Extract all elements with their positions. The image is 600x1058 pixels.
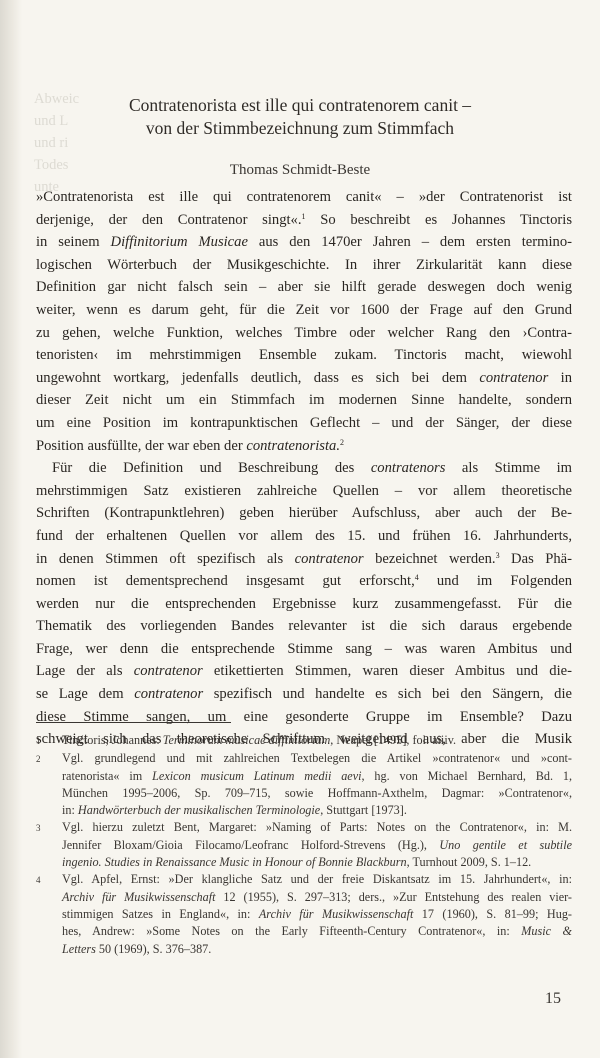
body-line: nomen ist dementsprechend insgesamt gut … (36, 570, 572, 593)
body-line: Definition gar nicht falsch sein – aber … (36, 276, 572, 299)
footnote-line: München 1995–2006, Sp. 709–715, sowie Ho… (62, 785, 572, 802)
page-number: 15 (545, 990, 561, 1008)
chapter-title: Contratenorista est ille qui contratenor… (80, 94, 520, 140)
footnote-line: Vgl. Apfel, Ernst: »Der klangliche Satz … (62, 871, 572, 888)
footnote-line: Jennifer Bloxam/Gioia Filocamo/Leofranc … (62, 837, 572, 854)
body-line: in seinem Diffinitorium Musicae aus den … (36, 231, 572, 254)
footnote-2: 2 Vgl. grundlegend und mit zahlreichen T… (36, 750, 572, 819)
footnote-line: ingenio. Studies in Renaissance Music in… (62, 854, 572, 871)
author-name: Thomas Schmidt-Beste (80, 162, 520, 179)
footnote-line: ratenorista« im Lexicon musicum Latinum … (62, 768, 572, 785)
footnote-line: Vgl. hierzu zuletzt Bent, Margaret: »Nam… (62, 819, 572, 836)
footnote-line: Letters 50 (1969), S. 376–387. (62, 941, 572, 958)
body-line: in denen Stimmen oft spezifisch als cont… (36, 548, 572, 571)
body-line: Position ausfüllte, der war eben der con… (36, 435, 572, 458)
footnote-number: 3 (36, 819, 62, 871)
body-line: Frage, wer denn die entsprechende Stimme… (36, 638, 572, 661)
footnote-line: in: Handwörterbuch der musikalischen Ter… (62, 802, 572, 819)
body-line: derjenige, der den Contratenor singt«.1 … (36, 209, 572, 232)
body-line: werden nur die entsprechenden Ergebnisse… (36, 593, 572, 616)
footnote-number: 2 (36, 750, 62, 819)
body-line: dieser Zeit nicht um ein Stimmfach im mo… (36, 389, 572, 412)
footnote-number: 4 (36, 871, 62, 957)
footnote-4: 4 Vgl. Apfel, Ernst: »Der klangliche Sat… (36, 871, 572, 957)
title-line-1: Contratenorista est ille qui contratenor… (80, 94, 520, 117)
body-text: »Contratenorista est ille qui contrateno… (36, 186, 572, 751)
body-line: ungewohnt wortkarg, jedenfalls deutlich,… (36, 367, 572, 390)
footnote-line: Archiv für Musikwissenschaft 12 (1955), … (62, 889, 572, 906)
body-line: fund der erhaltenen Quellen vor allem de… (36, 525, 572, 548)
body-line: se Lage dem contratenor spezifisch und h… (36, 683, 572, 706)
footnote-line: Tinctoris, Johannes: Terminorum musicae … (62, 732, 572, 749)
footnote-3: 3 Vgl. hierzu zuletzt Bent, Margaret: »N… (36, 819, 572, 871)
footnote-line: Vgl. grundlegend und mit zahlreichen Tex… (62, 750, 572, 767)
body-line: Thematik des vorliegenden Bandes relevan… (36, 615, 572, 638)
footnote-1: 1 Tinctoris, Johannes: Terminorum musica… (36, 732, 572, 750)
footnotes: 1 Tinctoris, Johannes: Terminorum musica… (36, 732, 572, 958)
body-line: um eine Position im kontrapunktischen Ge… (36, 412, 572, 435)
body-line: zu gehen, welche Funktion, welches Timbr… (36, 322, 572, 345)
body-line: mehrstimmigen Satz existieren zahlreiche… (36, 480, 572, 503)
body-line: tenoristen‹ im mehrstimmigen Ensemble zu… (36, 344, 572, 367)
body-line: logischen Wörterbuch der Musikgeschichte… (36, 254, 572, 277)
body-line: Lage der als contratenor etikettierten S… (36, 660, 572, 683)
footnote-line: hes, Andrew: »Some Notes on the Early Fi… (62, 923, 572, 940)
body-line: Schriften (Kontrapunktlehren) geben hier… (36, 502, 572, 525)
footnote-ref[interactable]: 2 (340, 438, 344, 447)
title-line-2: von der Stimmbezeichnung zum Stimmfach (80, 117, 520, 140)
footnote-line: stimmigen Satzes in England«, in: Archiv… (62, 906, 572, 923)
body-line: Für die Definition und Beschreibung des … (36, 457, 572, 480)
body-line: diese Stimme sangen, um eine gesonderte … (36, 706, 572, 729)
footnote-divider (36, 722, 231, 723)
page-gutter-shadow (0, 0, 22, 1058)
footnote-number: 1 (36, 732, 62, 750)
body-line: weiter, wenn es darum geht, für die Zeit… (36, 299, 572, 322)
body-line: »Contratenorista est ille qui contrateno… (36, 186, 572, 209)
